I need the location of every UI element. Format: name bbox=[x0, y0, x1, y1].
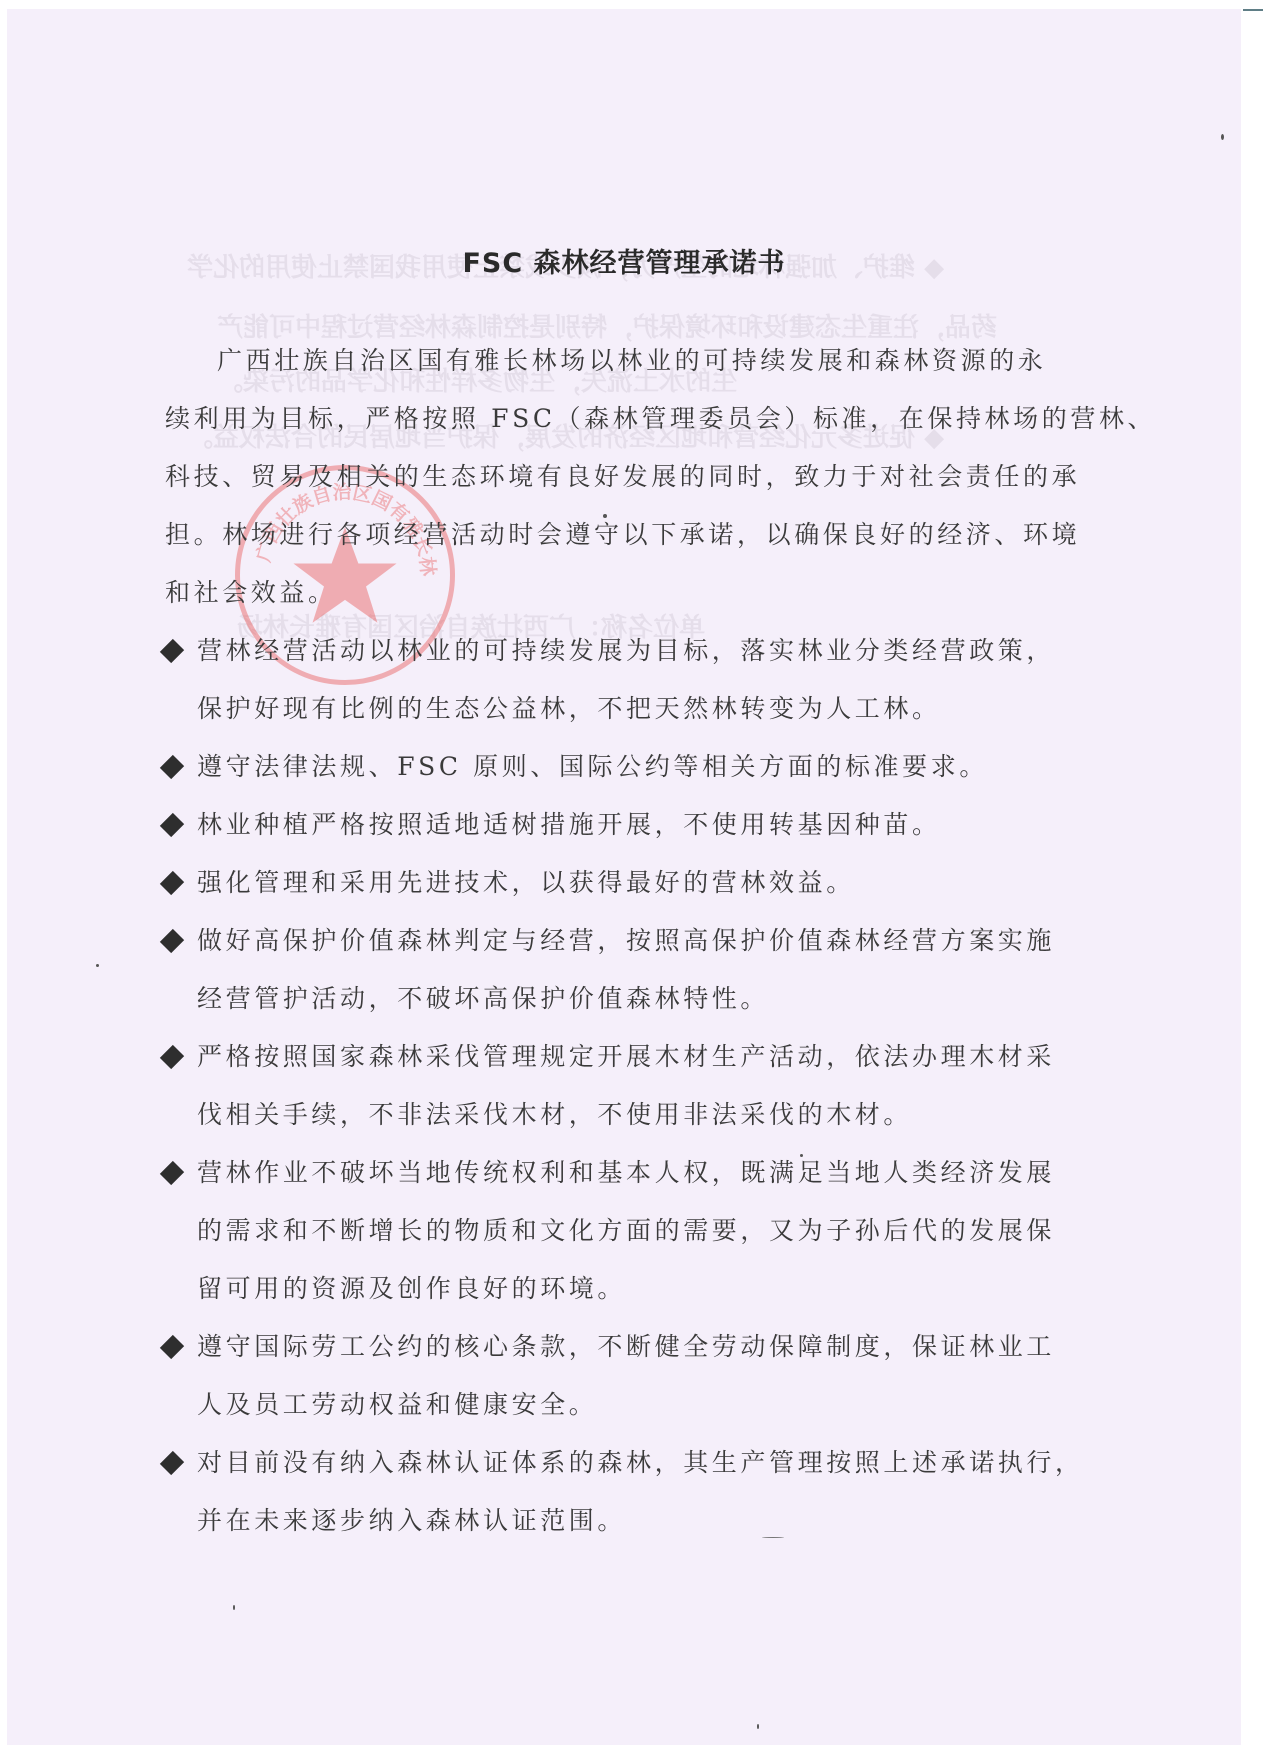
diamond-bullet-icon bbox=[160, 813, 184, 837]
commitment-line: 伐相关手续，不非法采伐木材，不使用非法采伐的木材。 bbox=[197, 1095, 912, 1131]
commitment-line: 林业种植严格按照适地适树措施开展，不使用转基因种苗。 bbox=[197, 805, 941, 841]
commitment-line: 遵守法律法规、FSC 原则、国际公约等相关方面的标准要求。 bbox=[197, 747, 988, 783]
diamond-bullet-icon bbox=[160, 755, 184, 779]
commitment-line: 保护好现有比例的生态公益林，不把天然林转变为人工林。 bbox=[197, 689, 941, 725]
scan-speck bbox=[96, 964, 99, 967]
scan-speck bbox=[800, 1154, 803, 1157]
intro-line: 科技、贸易及相关的生态环境有良好发展的同时，致力于对社会责任的承 bbox=[165, 457, 1080, 493]
commitment-line: 留可用的资源及创作良好的环境。 bbox=[197, 1269, 626, 1305]
scan-speck bbox=[233, 1605, 235, 1610]
diamond-bullet-icon bbox=[160, 639, 184, 663]
intro-line: 广西壮族自治区国有雅长林场以林业的可持续发展和森林资源的永 bbox=[217, 341, 1046, 377]
commitment-line: 做好高保护价值森林判定与经营，按照高保护价值森林经营方案实施 bbox=[197, 921, 1055, 957]
diamond-bullet-icon bbox=[160, 929, 184, 953]
commitment-line: 遵守国际劳工公约的核心条款，不断健全劳动保障制度，保证林业工 bbox=[197, 1327, 1055, 1363]
commitment-line: 并在未来逐步纳入森林认证范围。 bbox=[197, 1501, 626, 1537]
diamond-bullet-icon bbox=[160, 1335, 184, 1359]
commitment-line: 强化管理和采用先进技术，以获得最好的营林效益。 bbox=[197, 863, 855, 899]
commitment-line: 经营管护活动，不破坏高保护价值森林特性。 bbox=[197, 979, 769, 1015]
scan-speck bbox=[762, 1537, 784, 1538]
commitment-line: 严格按照国家森林采伐管理规定开展木材生产活动，依法办理木材采 bbox=[197, 1037, 1055, 1073]
diamond-bullet-icon bbox=[160, 871, 184, 895]
intro-line: 续利用为目标，严格按照 FSC（森林管理委员会）标准，在保持林场的营林、 bbox=[165, 399, 1156, 435]
commitment-line: 营林经营活动以林业的可持续发展为目标，落实林业分类经营政策， bbox=[197, 631, 1055, 667]
commitment-line: 的需求和不断增长的物质和文化方面的需要，又为子孙后代的发展保 bbox=[197, 1211, 1055, 1247]
commitment-line: 对目前没有纳入森林认证体系的森林，其生产管理按照上述承诺执行， bbox=[197, 1443, 1084, 1479]
commitment-line: 人及员工劳动权益和健康安全。 bbox=[197, 1385, 597, 1421]
intro-line: 担。林场进行各项经营活动时会遵守以下承诺，以确保良好的经济、环境 bbox=[165, 515, 1080, 551]
scan-edge-mark bbox=[1243, 9, 1263, 11]
diamond-bullet-icon bbox=[160, 1161, 184, 1185]
document-title: FSC 森林经营管理承诺书 bbox=[7, 241, 1241, 280]
intro-line: 和社会效益。 bbox=[165, 573, 337, 609]
scan-speck bbox=[603, 514, 607, 518]
bleed-through-line: 药品，注重生态建设和环境保护，特别是控制森林经营过程中可能产 bbox=[217, 307, 997, 344]
diamond-bullet-icon bbox=[160, 1045, 184, 1069]
document-page: ◆ 维护、加强林地的生产力，减少或禁止使用我国禁止使用的化学 药品，注重生态建设… bbox=[7, 9, 1241, 1745]
diamond-bullet-icon bbox=[160, 1451, 184, 1475]
scan-speck bbox=[757, 1724, 759, 1729]
scan-speck bbox=[1221, 134, 1224, 140]
commitment-line: 营林作业不破坏当地传统权利和基本人权，既满足当地人类经济发展 bbox=[197, 1153, 1055, 1189]
